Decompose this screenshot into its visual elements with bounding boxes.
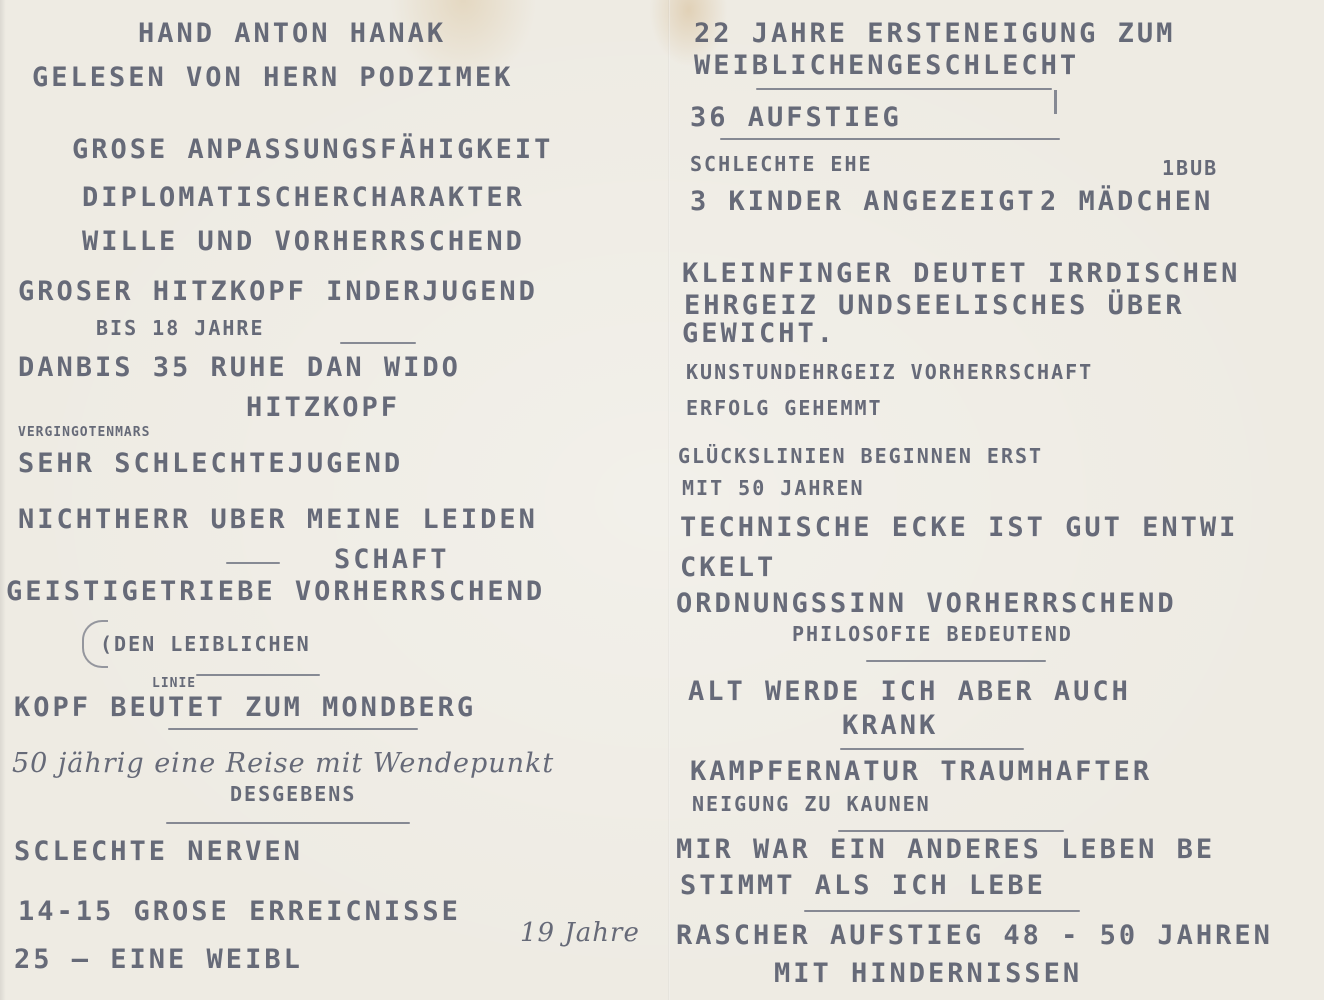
note-line: KOPF BEUTET ZUM MONDBERG	[14, 692, 476, 723]
note-line: KLEINFINGER DEUTET IRRDISCHEN	[682, 258, 1240, 289]
note-line: HITZKOPF	[246, 392, 400, 423]
tick-mark	[1054, 90, 1057, 114]
note-line: SEHR SCHLECHTEJUGEND	[18, 448, 403, 479]
note-line: STIMMT ALS ICH LEBE	[680, 870, 1046, 901]
note-line: 22 JAHRE ERSTENEIGUNG ZUM	[694, 18, 1175, 49]
note-line: 36 AUFSTIEG	[690, 102, 902, 133]
note-line: KRANK	[842, 710, 938, 741]
note-line: 25 — EINE WEIBL	[14, 944, 303, 975]
note-line: GEISTIGETRIEBE VORHERRSCHEND	[6, 576, 545, 607]
note-line: 14-15 GROSE ERREICNISSE	[18, 896, 461, 927]
page-fold	[668, 0, 670, 1000]
note-line: MIT 50 JAHREN	[682, 476, 865, 500]
note-line: ERFOLG GEHEMMT	[686, 396, 883, 420]
note-line: GEWICHT.	[682, 318, 836, 349]
note-line: GLÜCKSLINIEN BEGINNEN ERST	[678, 444, 1043, 468]
paper-edge	[0, 0, 6, 1000]
note-line: SCHAFT	[334, 544, 450, 575]
note-line: ORDNUNGSSINN VORHERRSCHEND	[676, 588, 1177, 619]
underline	[340, 342, 416, 344]
handwritten-document: HAND ANTON HANAK GELESEN VON HERN PODZIM…	[0, 0, 1324, 1000]
note-line: SCLECHTE NERVEN	[14, 836, 303, 867]
underline	[838, 830, 1064, 832]
note-line: PHILOSOFIE BEDEUTEND	[792, 622, 1073, 646]
reader-line: GELESEN VON HERN PODZIMEK	[32, 62, 513, 93]
underline	[166, 822, 410, 824]
note-line: CKELT	[680, 552, 776, 583]
note-line: MIR WAR EIN ANDERES LEBEN BE	[676, 834, 1215, 865]
underline	[226, 562, 280, 564]
note-line: WEIBLICHENGESCHLECHT	[694, 50, 1079, 81]
note-line: 3 KINDER ANGEZEIGT	[690, 186, 1037, 217]
note-line: TECHNISCHE ECKE IST GUT ENTWI	[680, 512, 1238, 543]
title-line: HAND ANTON HANAK	[138, 18, 446, 49]
underline	[866, 660, 1046, 662]
note-line: DANBIS 35 RUHE DAN WIDO	[18, 352, 461, 383]
note-line-script: 50 jährig eine Reise mit Wendepunkt	[12, 748, 554, 779]
note-line: DESGEBENS	[230, 782, 356, 806]
note-line: NEIGUNG ZU KAUNEN	[692, 792, 931, 816]
note-line: VERGINGOTENMARS	[18, 425, 150, 440]
underline	[756, 88, 1052, 90]
underline	[168, 728, 418, 730]
note-line: SCHLECHTE EHE	[690, 152, 873, 176]
underline	[840, 748, 1024, 750]
note-line: (DEN LEIBLICHEN	[100, 632, 311, 656]
note-line: KUNSTUNDEHRGEIZ VORHERRSCHAFT	[686, 360, 1093, 384]
note-line-script: 19 Jahre	[520, 918, 640, 948]
note-line: NICHTHERR UBER MEINE LEIDEN	[18, 504, 538, 535]
note-line: KAMPFERNATUR TRAUMHAFTER	[690, 756, 1152, 787]
note-line: 2 MÄDCHEN	[1040, 186, 1213, 217]
note-line: 1BUB	[1162, 156, 1218, 180]
note-line: RASCHER AUFSTIEG 48 - 50 JAHREN	[676, 920, 1273, 951]
note-line: GROSER HITZKOPF INDERJUGEND	[18, 276, 538, 307]
note-line: BIS 18 JAHRE	[96, 316, 265, 340]
note-line: EHRGEIZ UNDSEELISCHES ÜBER	[684, 290, 1185, 321]
underline	[196, 674, 320, 676]
note-line: GROSE ANPASSUNGSFÄHIGKEIT	[72, 134, 553, 165]
note-line: ALT WERDE ICH ABER AUCH	[688, 676, 1131, 707]
note-line: DIPLOMATISCHERCHARAKTER	[82, 182, 525, 213]
note-line-annotation: linie	[152, 676, 196, 691]
note-line: WILLE UND VORHERRSCHEND	[82, 226, 525, 257]
underline	[720, 138, 1060, 140]
underline	[804, 910, 1080, 912]
note-line: MIT HINDERNISSEN	[774, 958, 1082, 989]
